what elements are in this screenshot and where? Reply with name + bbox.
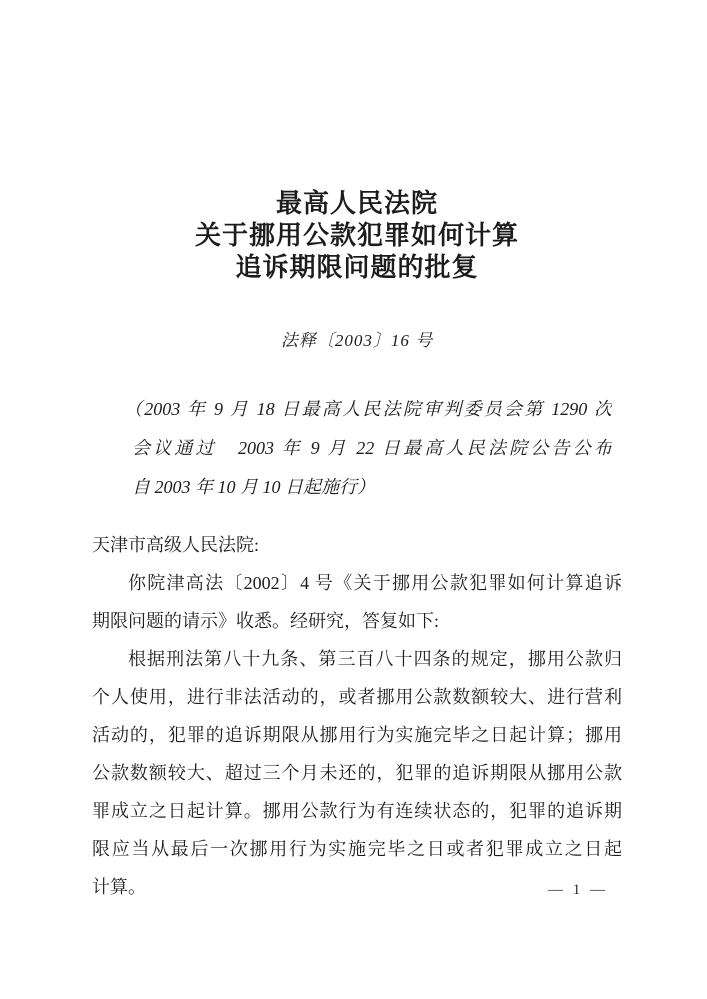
document-page: 最高人民法院关于挪用公款犯罪如何计算追诉期限问题的批复 法释〔2003〕16 号… [0,0,707,999]
document-title-line: 关于挪用公款犯罪如何计算 [92,220,622,252]
body-text-line: 限应当从最后一次挪用行为实施完毕之日或者犯罪成立之日起 [92,830,622,868]
page-number: — 1 — [548,879,608,901]
preamble-line: 会议通过 2003 年 9 月 22 日最高人民法院公告公布 [132,429,612,468]
preamble-line: 自 2003 年 10 月 10 日起施行） [132,468,612,507]
document-content: 最高人民法院关于挪用公款犯罪如何计算追诉期限问题的批复 法释〔2003〕16 号… [92,0,622,906]
body-text-line: 计算。 [92,868,622,906]
body-text-line: 罪成立之日起计算。挪用公款行为有连续状态的，犯罪的追诉期 [92,792,622,830]
body-text-line: 公款数额较大、超过三个月未还的，犯罪的追诉期限从挪用公款 [92,754,622,792]
body-paragraph-2: 根据刑法第八十九条、第三百八十四条的规定，挪用公款归个人使用，进行非法活动的，或… [92,640,622,906]
body-text-line: 你院津高法〔2002〕4 号《关于挪用公款犯罪如何计算追诉 [92,564,622,602]
document-preamble: （2003 年 9 月 18 日最高人民法院审判委员会第 1290 次会议通过 … [92,390,622,507]
body-text-line: 个人使用，进行非法活动的，或者挪用公款数额较大、进行营利 [92,678,622,716]
preamble-line: （2003 年 9 月 18 日最高人民法院审判委员会第 1290 次 [132,390,612,429]
salutation-line: 天津市高级人民法院: [92,526,622,564]
body-text-line: 根据刑法第八十九条、第三百八十四条的规定，挪用公款归 [92,640,622,678]
body-paragraph-1: 你院津高法〔2002〕4 号《关于挪用公款犯罪如何计算追诉期限问题的请示》收悉。… [92,564,622,640]
document-number: 法释〔2003〕16 号 [92,329,622,353]
document-title-line: 最高人民法院 [92,188,622,220]
document-title: 最高人民法院关于挪用公款犯罪如何计算追诉期限问题的批复 [92,188,622,284]
body-text-line: 期限问题的请示》收悉。经研究，答复如下: [92,602,622,640]
document-body: 天津市高级人民法院: 你院津高法〔2002〕4 号《关于挪用公款犯罪如何计算追诉… [92,526,622,906]
body-text-line: 活动的，犯罪的追诉期限从挪用行为实施完毕之日起计算；挪用 [92,716,622,754]
document-title-line: 追诉期限问题的批复 [92,252,622,284]
